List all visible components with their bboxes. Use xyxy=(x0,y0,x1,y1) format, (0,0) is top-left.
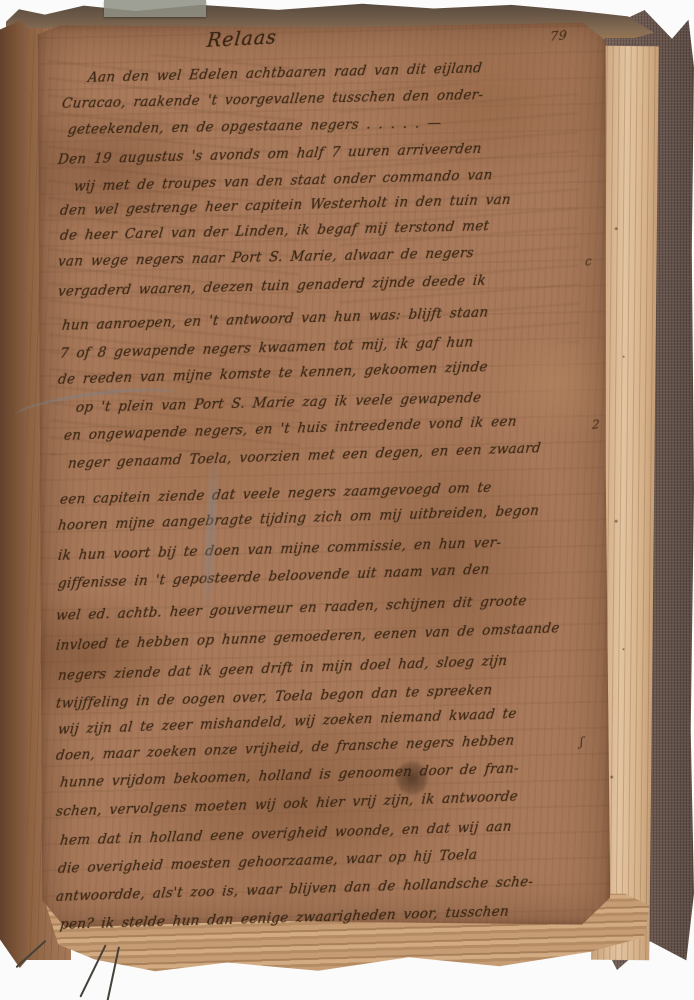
ink-blotch xyxy=(396,760,428,796)
margin-mark: 2 xyxy=(592,417,600,432)
manuscript-photo: Relaas 79 Aan den wel Edelen achtbaaren … xyxy=(0,0,694,1000)
margin-mark: ʃ xyxy=(580,734,584,749)
page-number: 79 xyxy=(550,28,568,45)
page-title: Relaas xyxy=(206,26,278,52)
margin-mark: c xyxy=(585,254,592,269)
tape-fragment xyxy=(104,0,206,17)
